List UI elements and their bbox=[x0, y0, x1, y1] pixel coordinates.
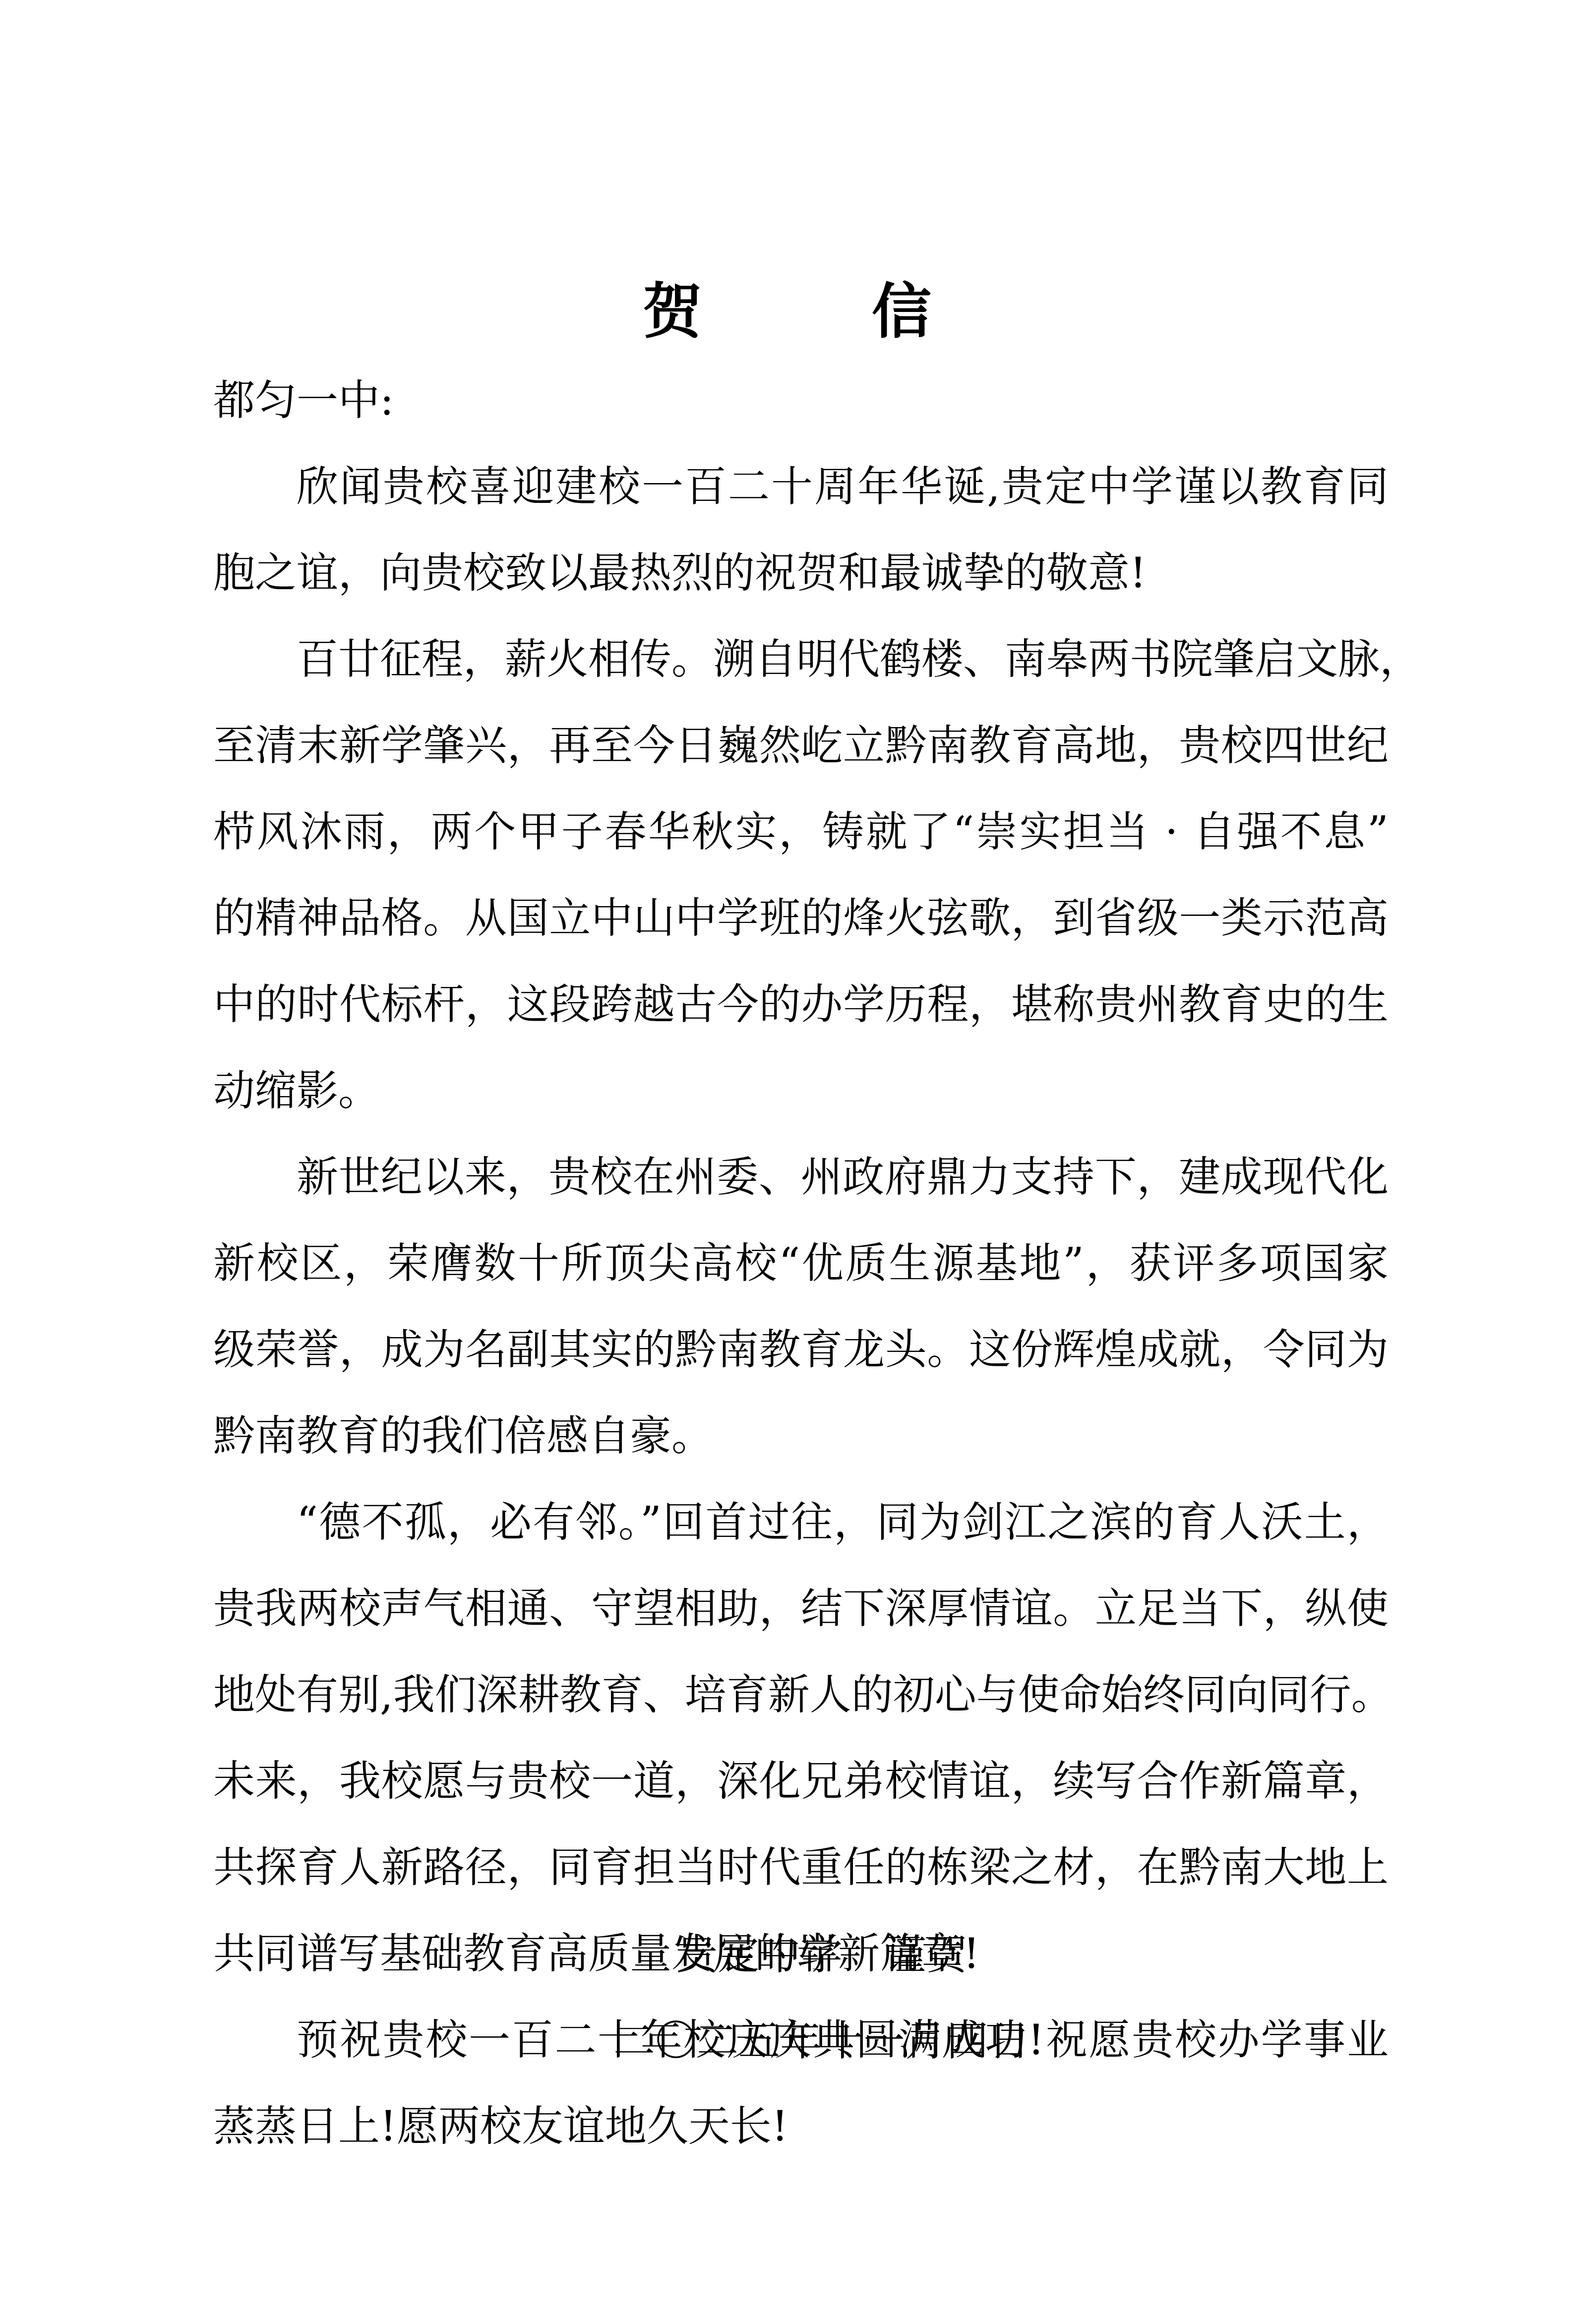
paragraph-5-line-2: 蒸蒸日上!愿两校友谊地久天长! bbox=[213, 2083, 1389, 2169]
paragraph-2-line-3: 栉风沐雨，两个甲子春华秋实，铸就了“崇实担当 · 自强不息” bbox=[213, 789, 1389, 875]
paragraph-3-line-2: 新校区，荣膺数十所顶尖高校“优质生源基地”，获评多项国家 bbox=[213, 1220, 1389, 1306]
paragraph-2-line-6: 动缩影。 bbox=[213, 1047, 1389, 1134]
letter-body: 都匀一中: 欣闻贵校喜迎建校一百二十周年华诞,贵定中学谨以教育同 胞之谊，向贵校… bbox=[213, 357, 1389, 2169]
paragraph-1-line-2: 胞之谊，向贵校致以最热烈的祝贺和最诚挚的敬意! bbox=[213, 530, 1389, 616]
letter-title: 贺 信 bbox=[0, 268, 1574, 357]
signature-date: 二〇二五年十一月四日 bbox=[0, 1998, 1574, 2084]
paragraph-3-line-4: 黔南教育的我们倍感自豪。 bbox=[213, 1393, 1389, 1479]
paragraph-1-line-1: 欣闻贵校喜迎建校一百二十周年华诞,贵定中学谨以教育同 bbox=[213, 443, 1389, 530]
paragraph-2-line-4: 的精神品格。从国立中山中学班的烽火弦歌，到省级一类示范高 bbox=[213, 875, 1389, 961]
letter-page: 贺 信 都匀一中: 欣闻贵校喜迎建校一百二十周年华诞,贵定中学谨以教育同 胞之谊… bbox=[0, 0, 1574, 2324]
paragraph-2-line-5: 中的时代标杆，这段跨越古今的办学历程，堪称贵州教育史的生 bbox=[213, 961, 1389, 1047]
paragraph-3-line-1: 新世纪以来，贵校在州委、州政府鼎力支持下，建成现代化 bbox=[213, 1134, 1389, 1220]
paragraph-3-line-3: 级荣誉，成为名副其实的黔南教育龙头。这份辉煌成就，令同为 bbox=[213, 1306, 1389, 1393]
paragraph-2-line-1: 百廿征程，薪火相传。溯自明代鹤楼、南皋两书院肇启文脉， bbox=[213, 616, 1389, 702]
paragraph-4-line-4: 未来，我校愿与贵校一道，深化兄弟校情谊，续写合作新篇章， bbox=[213, 1738, 1389, 1824]
paragraph-4-line-1: “德不孤，必有邻。”回首过往，同为剑江之滨的育人沃土， bbox=[213, 1479, 1389, 1565]
paragraph-4-line-5: 共探育人新路径，同育担当时代重任的栋梁之材，在黔南大地上 bbox=[213, 1824, 1389, 1910]
paragraph-4-line-2: 贵我两校声气相通、守望相助，结下深厚情谊。立足当下，纵使 bbox=[213, 1565, 1389, 1651]
paragraph-2-line-2: 至清末新学肇兴，再至今日巍然屹立黔南教育高地，贵校四世纪 bbox=[213, 702, 1389, 789]
salutation: 都匀一中: bbox=[213, 357, 1389, 443]
signature-org: 贵定中学 谨贺 bbox=[0, 1911, 1574, 1998]
paragraph-4-line-3: 地处有别,我们深耕教育、培育新人的初心与使命始终同向同行。 bbox=[213, 1651, 1389, 1738]
